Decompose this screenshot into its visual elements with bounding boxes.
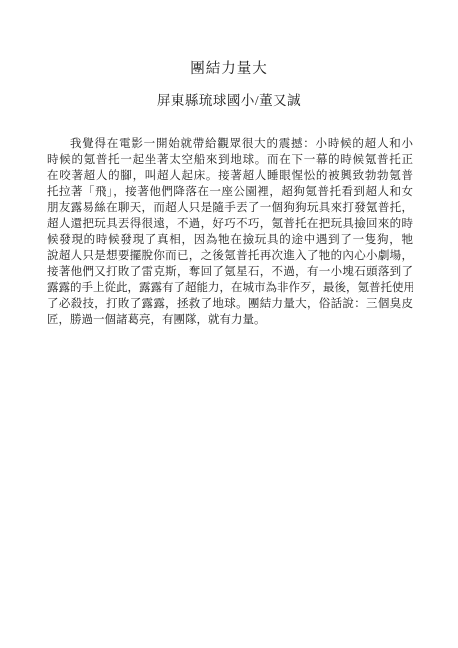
text-line: 托拉著「飛」，接著他們降落在一座公園裡，超狗氪普托看到超人和女 — [47, 184, 413, 200]
text-line: 朋友露易絲在聊天，而超人只是隨手丟了一個狗狗玩具來打發氪普托， — [47, 200, 413, 216]
text-line: 候發現的時候發現了真相，因為牠在撿玩具的途中遇到了一隻狗，牠 — [47, 232, 413, 248]
text-line: 說超人只是想要擺脫你而已，之後氪普托再次進入了牠的內心小劇場， — [47, 248, 413, 264]
document-title: 團結力量大 — [0, 61, 458, 78]
document-author: 屏東縣琉球國小/董又誠 — [0, 93, 458, 109]
text-line: 我覺得在電影一開始就帶給觀眾很大的震撼：小時候的超人和小 — [47, 136, 413, 152]
text-line: 超人還把玩具丟得很遠，不過，好巧不巧，氪普托在把玩具撿回來的時 — [47, 216, 413, 232]
text-line: 了必殺技，打敗了露露，拯救了地球。團結力量大，俗話說：三個臭皮 — [47, 296, 413, 312]
text-line: 接著他們又打敗了雷克斯，奪回了氪星石，不過，有一小塊石頭落到了 — [47, 264, 413, 280]
text-line: 露露的手上從此，露露有了超能力，在城市為非作歹，最後，氪普托使用 — [47, 280, 413, 296]
text-line: 在咬著超人的腳，叫超人起床。接著超人睡眼惺忪的被興致勃勃氪普 — [47, 168, 413, 184]
text-line: 匠，勝過一個諸葛亮，有團隊，就有力量。 — [47, 312, 413, 328]
document-page: 團結力量大 屏東縣琉球國小/董又誠 我覺得在電影一開始就帶給觀眾很大的震撼：小時… — [0, 0, 458, 648]
text-line: 時候的氪普托一起坐著太空船來到地球。而在下一幕的時候氪普托正 — [47, 152, 413, 168]
essay-paragraph: 我覺得在電影一開始就帶給觀眾很大的震撼：小時候的超人和小 時候的氪普托一起坐著太… — [47, 136, 413, 328]
